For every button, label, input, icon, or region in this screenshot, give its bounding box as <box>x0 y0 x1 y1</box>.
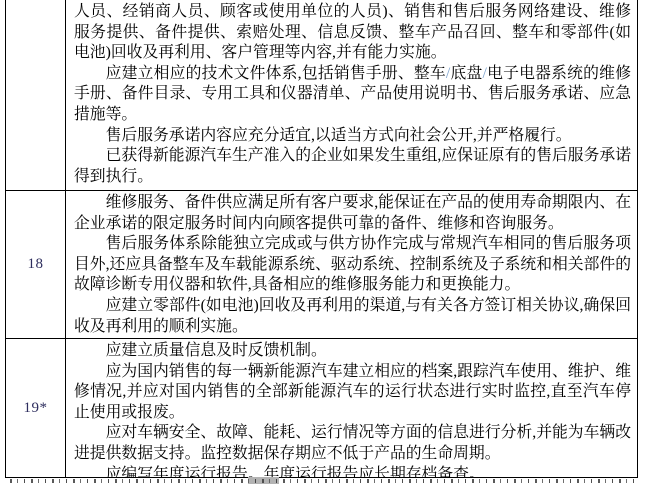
paragraph: 应建立相应的技术文件体系,包括销售手册、整车/底盘/电子电器系统的维修手册、备件… <box>74 64 631 126</box>
table-row: 19* 应建立质量信息及时反馈机制。 应为国内销售的每一辆新能源汽车建立相应的档… <box>6 338 637 477</box>
row-number-cell: 19* <box>6 339 66 477</box>
text-segment: 底盘 <box>450 65 482 82</box>
paragraph: 人员、经销商人员、顾客或使用单位的人员)、销售和售后服务网络建设、维修服务提供、… <box>74 2 631 64</box>
paragraph: 售后服务承诺内容应充分适宜,以适当方式向社会公开,并严格履行。 <box>74 126 631 147</box>
paragraph: 应编写年度运行报告。年度运行报告应长期存档备查。 <box>74 465 631 477</box>
paragraph: 已获得新能源汽车生产准入的企业如果发生重组,应保证原有的售后服务承诺得到执行。 <box>74 146 631 187</box>
row-content-cell: 人员、经销商人员、顾客或使用单位的人员)、销售和售后服务网络建设、维修服务提供、… <box>66 0 637 190</box>
row-number-cell <box>6 0 66 190</box>
paragraph: 应建立质量信息及时反馈机制。 <box>74 341 631 362</box>
paragraph: 应为国内销售的每一辆新能源汽车建立相应的档案,跟踪汽车使用、维护、维修情况,并应… <box>74 362 631 424</box>
table-row: 人员、经销商人员、顾客或使用单位的人员)、销售和售后服务网络建设、维修服务提供、… <box>6 0 637 190</box>
row-number-cell: 18 <box>6 191 66 338</box>
paragraph: 应对车辆安全、故障、能耗、运行情况等方面的信息进行分析,并能为车辆改进提供数据支… <box>74 423 631 464</box>
regulation-table: 人员、经销商人员、顾客或使用单位的人员)、销售和售后服务网络建设、维修服务提供、… <box>5 0 638 478</box>
table-row: 18 维修服务、备件供应满足所有客户要求,能保证在产品的使用寿命期限内、在企业承… <box>6 190 637 338</box>
row-content-cell: 维修服务、备件供应满足所有客户要求,能保证在产品的使用寿命期限内、在企业承诺的限… <box>66 191 637 338</box>
paragraph: 售后服务体系除能独立完成或与供方协作完成与常规汽车相同的售后服务项目外,还应具备… <box>74 234 631 296</box>
row-content-cell: 应建立质量信息及时反馈机制。 应为国内销售的每一辆新能源汽车建立相应的档案,跟踪… <box>66 339 637 477</box>
text-segment: 应建立相应的技术文件体系,包括销售手册、整车 <box>106 65 446 82</box>
paragraph: 应建立零部件(如电池)回收及再利用的渠道,与有关各方签订相关协议,确保回收及再利… <box>74 296 631 337</box>
cutoff-next-row-glyph-tops <box>10 479 638 483</box>
paragraph: 维修服务、备件供应满足所有客户要求,能保证在产品的使用寿命期限内、在企业承诺的限… <box>74 193 631 234</box>
